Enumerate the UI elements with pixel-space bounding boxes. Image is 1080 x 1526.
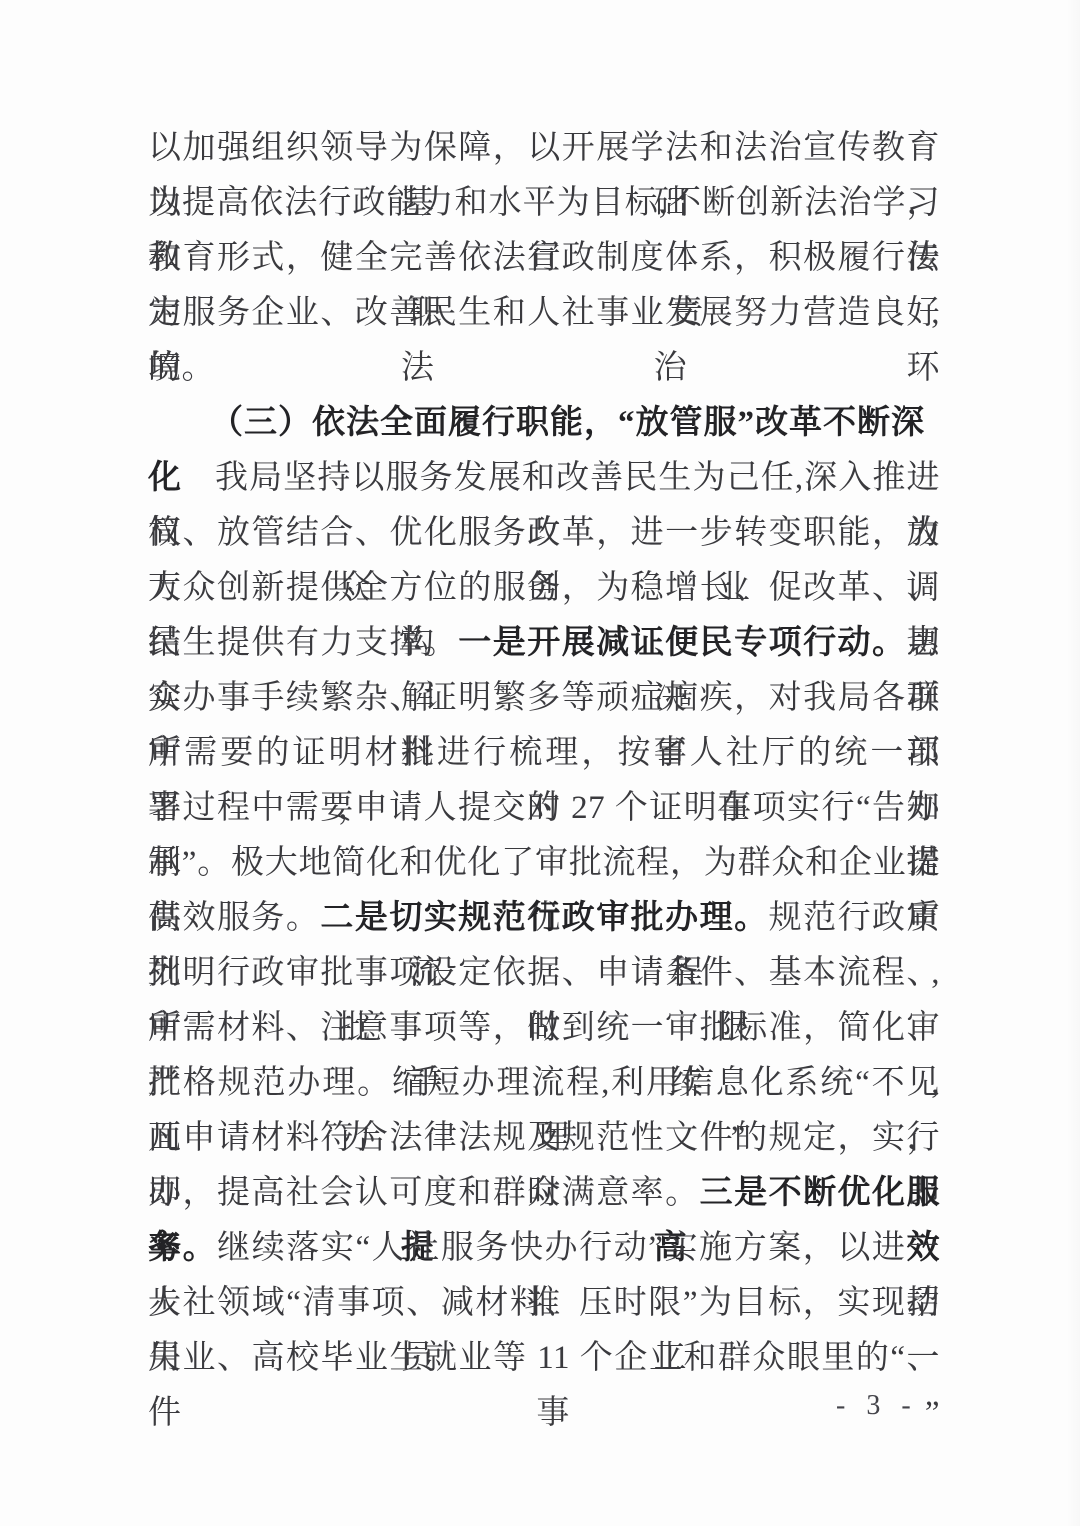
document-text: 以加强组织领导为保障，以开展学法和法治宣传教育为基础，以提高依法行政能力和水平为…	[148, 121, 940, 1386]
page-number: - 3 -	[836, 1390, 918, 1422]
section-heading: （三）依法全面履行职能，“放管服”改革不断深化	[148, 396, 940, 451]
text-line: 以加强组织领导为保障，以开展学法和法治宣传教育为基础，	[148, 121, 940, 176]
text-line: 列明行政审批事项设定依据、申请条件、基本流程、审批时限、	[148, 946, 940, 1001]
text-line: 权、放管结合、优化服务改革，进一步转变职能，为大众创业、	[148, 506, 940, 561]
text-line: 我局坚持以服务发展和改善民生为己任,深入推进简政放	[148, 451, 940, 506]
text-line: 高效服务。二是切实规范行政审批办理。规范行政审批流程,	[148, 891, 940, 946]
text-line: 凡申请材料符合法律法规及规范性文件的规定，实行即时即	[148, 1111, 940, 1166]
text-line: 为服务企业、改善民生和人社事业发展努力营造良好的法治环	[148, 286, 940, 341]
body-text: 为服务企业、改善民生和人社事业发展努力营造良好的法治环	[148, 295, 940, 386]
text-line: 以提高依法行政能力和水平为目标,不断创新法治学习和宣传	[148, 176, 940, 231]
document-page: 以加强组织领导为保障，以开展学法和法治宣传教育为基础，以提高依法行政能力和水平为…	[0, 0, 1080, 1526]
text-line: 事过程中需要申请人提交的 27 个证明事项实行“告知承诺	[148, 781, 940, 836]
text-line: 所需要的证明材料进行梳理，按省人社厅的统一部署，对在办	[148, 726, 940, 781]
body-text: 民生提供有力支撑。	[148, 625, 458, 661]
text-line: 失业、高校毕业生就业等 11 个企业和群众眼里的“一件事”	[148, 1331, 940, 1386]
text-line: 所需材料、注意事项等，做到统一审批标准，简化审批手续,	[148, 1001, 940, 1056]
body-text: 境。	[148, 350, 215, 386]
text-line: 率。继续落实“人社服务快办行动”实施方案，以进一步推动	[148, 1221, 940, 1276]
text-line: 教育形式，健全完善依法行政制度体系，积极履行法定职责,	[148, 231, 940, 286]
emphasized-text: 二是切实规范行政审批办理。	[320, 900, 768, 936]
text-line: 众办事手续繁杂、证明繁多等顽症痼疾，对我局各项审批事项	[148, 671, 940, 726]
body-text: 高效服务。	[148, 900, 320, 936]
text-line: 万众创新提供全方位的服务，为稳增长、促改革、调结构、惠	[148, 561, 940, 616]
text-line: 人社领域“清事项、减材料、压时限”为目标，实现招用员工、	[148, 1276, 940, 1331]
text-line: 民生提供有力支撑。一是开展减证便民专项行动。切实解决群	[148, 616, 940, 671]
text-line: 办，提高社会认可度和群众满意率。三是不断优化服务提高效	[148, 1166, 940, 1221]
emphasized-text: 一是开展减证便民专项行动。	[458, 625, 906, 661]
text-line: 制”。极大地简化和优化了审批流程，为群众和企业提供优质	[148, 836, 940, 891]
body-text: 办，提高社会认可度和群众满意率。	[148, 1175, 700, 1211]
text-line: 严格规范办理。缩短办理流程,利用信息化系统“不见面办理”，	[148, 1056, 940, 1111]
emphasized-text: 率。	[148, 1230, 217, 1266]
body-text: 失业、高校毕业生就业等 11 个企业和群众眼里的“一件事”	[148, 1340, 940, 1431]
